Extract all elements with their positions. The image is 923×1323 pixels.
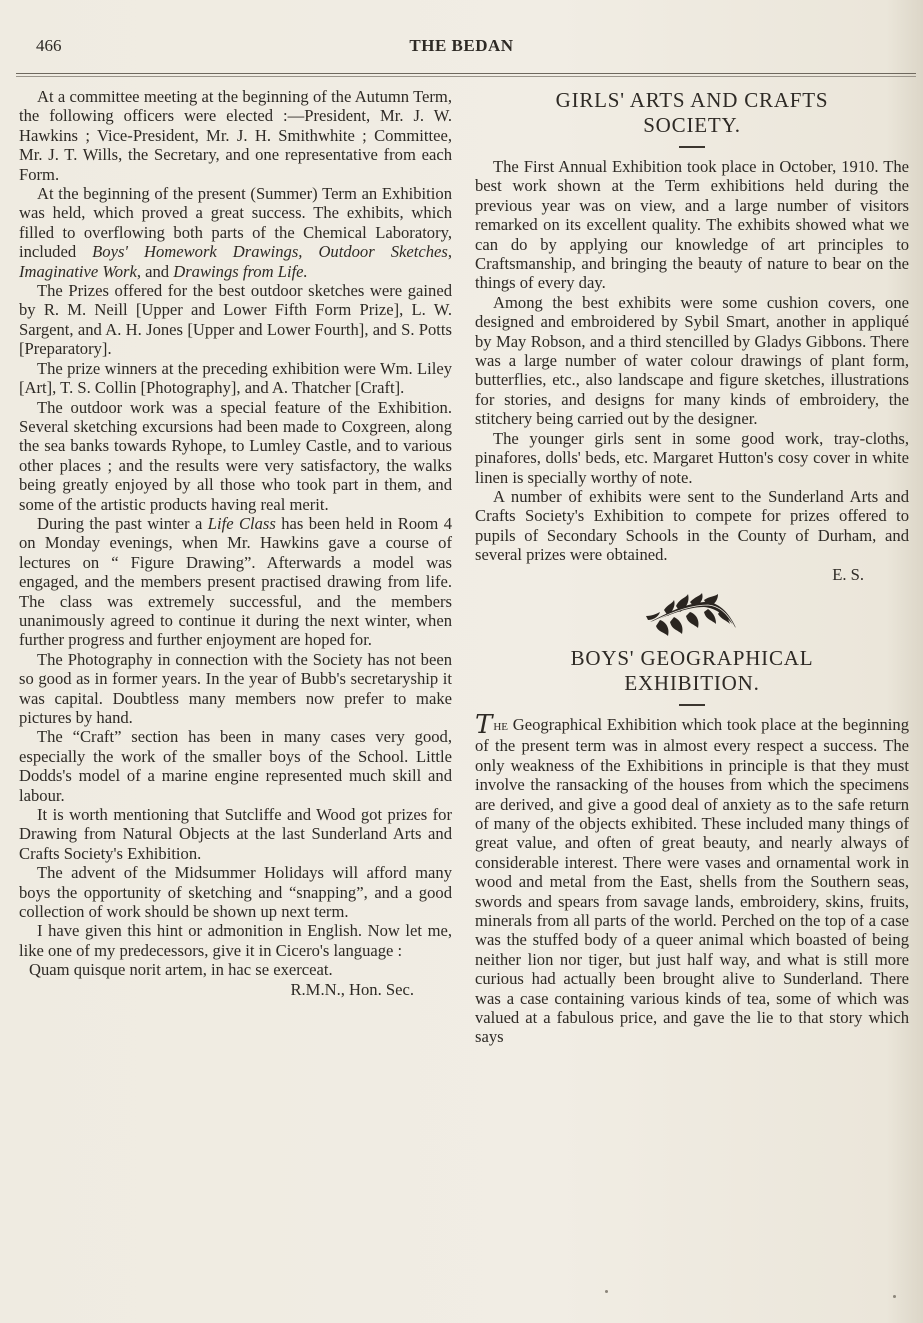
paragraph: The advent of the Midsummer Holidays wil…	[19, 863, 452, 921]
title-rule	[679, 146, 705, 148]
magazine-page: 466 THE BEDAN At a committee meeting at …	[0, 0, 923, 1323]
paragraph: The Photography in connection with the S…	[19, 650, 452, 728]
paragraph: The Prizes offered for the best outdoor …	[19, 281, 452, 359]
header-rule-secondary	[16, 76, 916, 77]
paragraph: The First Annual Exhibition took place i…	[475, 157, 909, 293]
paragraph: I have given this hint or admonition in …	[19, 921, 452, 960]
paragraph: At the beginning of the present (Summer)…	[19, 184, 452, 281]
paper-speck	[893, 1295, 896, 1298]
girls-arts-crafts-section: GIRLS' ARTS AND CRAFTS SOCIETY. The Firs…	[475, 88, 909, 584]
title-rule	[679, 704, 705, 706]
leaf-ornament-icon	[642, 592, 742, 636]
small-caps-lead: he	[493, 718, 508, 734]
paragraph: During the past winter a Life Class has …	[19, 514, 452, 650]
boys-geographical-section: BOYS' GEOGRAPHICAL EXHIBITION. The Geogr…	[475, 646, 909, 1047]
paragraph: The Geographical Exhibition which took p…	[475, 715, 909, 1047]
header-rule	[16, 73, 916, 74]
italic-phrase: Drawings from Life.	[173, 262, 307, 281]
journal-title: THE BEDAN	[0, 36, 923, 56]
paragraph: It is worth mentioning that Sutcliffe an…	[19, 805, 452, 863]
signature: R.M.N., Hon. Sec.	[19, 980, 452, 999]
latin-quote: Quam quisque norit artem, in hac se exer…	[19, 960, 452, 979]
paragraph: The younger girls sent in some good work…	[475, 429, 909, 487]
italic-phrase: Life Class	[208, 514, 276, 533]
paragraph: A number of exhibits were sent to the Su…	[475, 487, 909, 565]
paragraph: The outdoor work was a special feature o…	[19, 398, 452, 514]
paragraph: Among the best exhibits were some cushio…	[475, 293, 909, 429]
section-title: BOYS' GEOGRAPHICAL EXHIBITION.	[475, 646, 909, 696]
right-column: GIRLS' ARTS AND CRAFTS SOCIETY. The Firs…	[475, 88, 909, 1047]
italic-phrase: Imaginative Work	[19, 262, 137, 281]
italic-phrase: Boys' Homework Drawings, Outdoor Sketche…	[92, 242, 448, 261]
signature: E. S.	[475, 565, 909, 584]
left-column: At a committee meeting at the beginning …	[19, 87, 452, 999]
running-head: 466 THE BEDAN	[0, 36, 923, 60]
paragraph: At a committee meeting at the beginning …	[19, 87, 452, 184]
paper-speck	[605, 1290, 608, 1293]
section-title: GIRLS' ARTS AND CRAFTS SOCIETY.	[475, 88, 909, 138]
paragraph: The “Craft” section has been in many cas…	[19, 727, 452, 805]
paragraph: The prize winners at the preceding exhib…	[19, 359, 452, 398]
